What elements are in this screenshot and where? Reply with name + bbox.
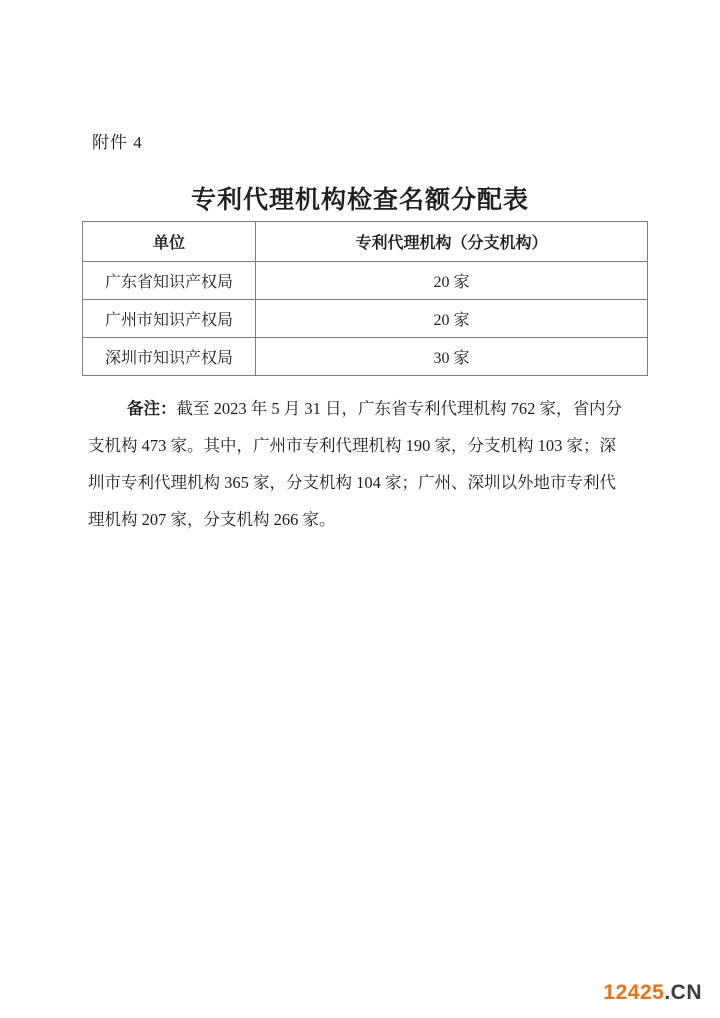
- document-page: 附件 4 专利代理机构检查名额分配表 单位 专利代理机构（分支机构） 广东省知识…: [0, 0, 720, 1018]
- note-line: 圳市专利代理机构 365 家，分支机构 104 家；广州、深圳以外地市专利代: [88, 464, 640, 501]
- quota-table: 单位 专利代理机构（分支机构） 广东省知识产权局 20 家 广州市知识产权局 2…: [82, 221, 648, 376]
- note-line: 备注：截至 2023 年 5 月 31 日，广东省专利代理机构 762 家，省内…: [88, 390, 640, 427]
- table-header-quota: 专利代理机构（分支机构）: [256, 222, 648, 262]
- quota-cell: 20 家: [256, 300, 648, 338]
- watermark-logo: 12425.CN: [603, 981, 702, 1005]
- note-paragraph: 备注：截至 2023 年 5 月 31 日，广东省专利代理机构 762 家，省内…: [88, 390, 640, 538]
- watermark-suffix: .CN: [664, 981, 702, 1004]
- note-line: 支机构 473 家。其中，广州市专利代理机构 190 家，分支机构 103 家；…: [88, 427, 640, 464]
- note-text: 截至 2023 年 5 月 31 日，广东省专利代理机构 762 家，省内分: [177, 399, 623, 418]
- table-row: 深圳市知识产权局 30 家: [83, 338, 648, 376]
- unit-cell: 深圳市知识产权局: [83, 338, 256, 376]
- table-header-unit: 单位: [83, 222, 256, 262]
- table-row: 广州市知识产权局 20 家: [83, 300, 648, 338]
- quota-cell: 30 家: [256, 338, 648, 376]
- quota-cell: 20 家: [256, 262, 648, 300]
- note-label: 备注：: [127, 399, 177, 418]
- note-line: 理机构 207 家，分支机构 266 家。: [88, 501, 640, 538]
- unit-cell: 广州市知识产权局: [83, 300, 256, 338]
- table-row: 广东省知识产权局 20 家: [83, 262, 648, 300]
- page-title: 专利代理机构检查名额分配表: [0, 180, 720, 216]
- watermark-number: 12425: [603, 981, 664, 1004]
- table-header-row: 单位 专利代理机构（分支机构）: [83, 222, 648, 262]
- unit-cell: 广东省知识产权局: [83, 262, 256, 300]
- attachment-label: 附件 4: [92, 128, 143, 153]
